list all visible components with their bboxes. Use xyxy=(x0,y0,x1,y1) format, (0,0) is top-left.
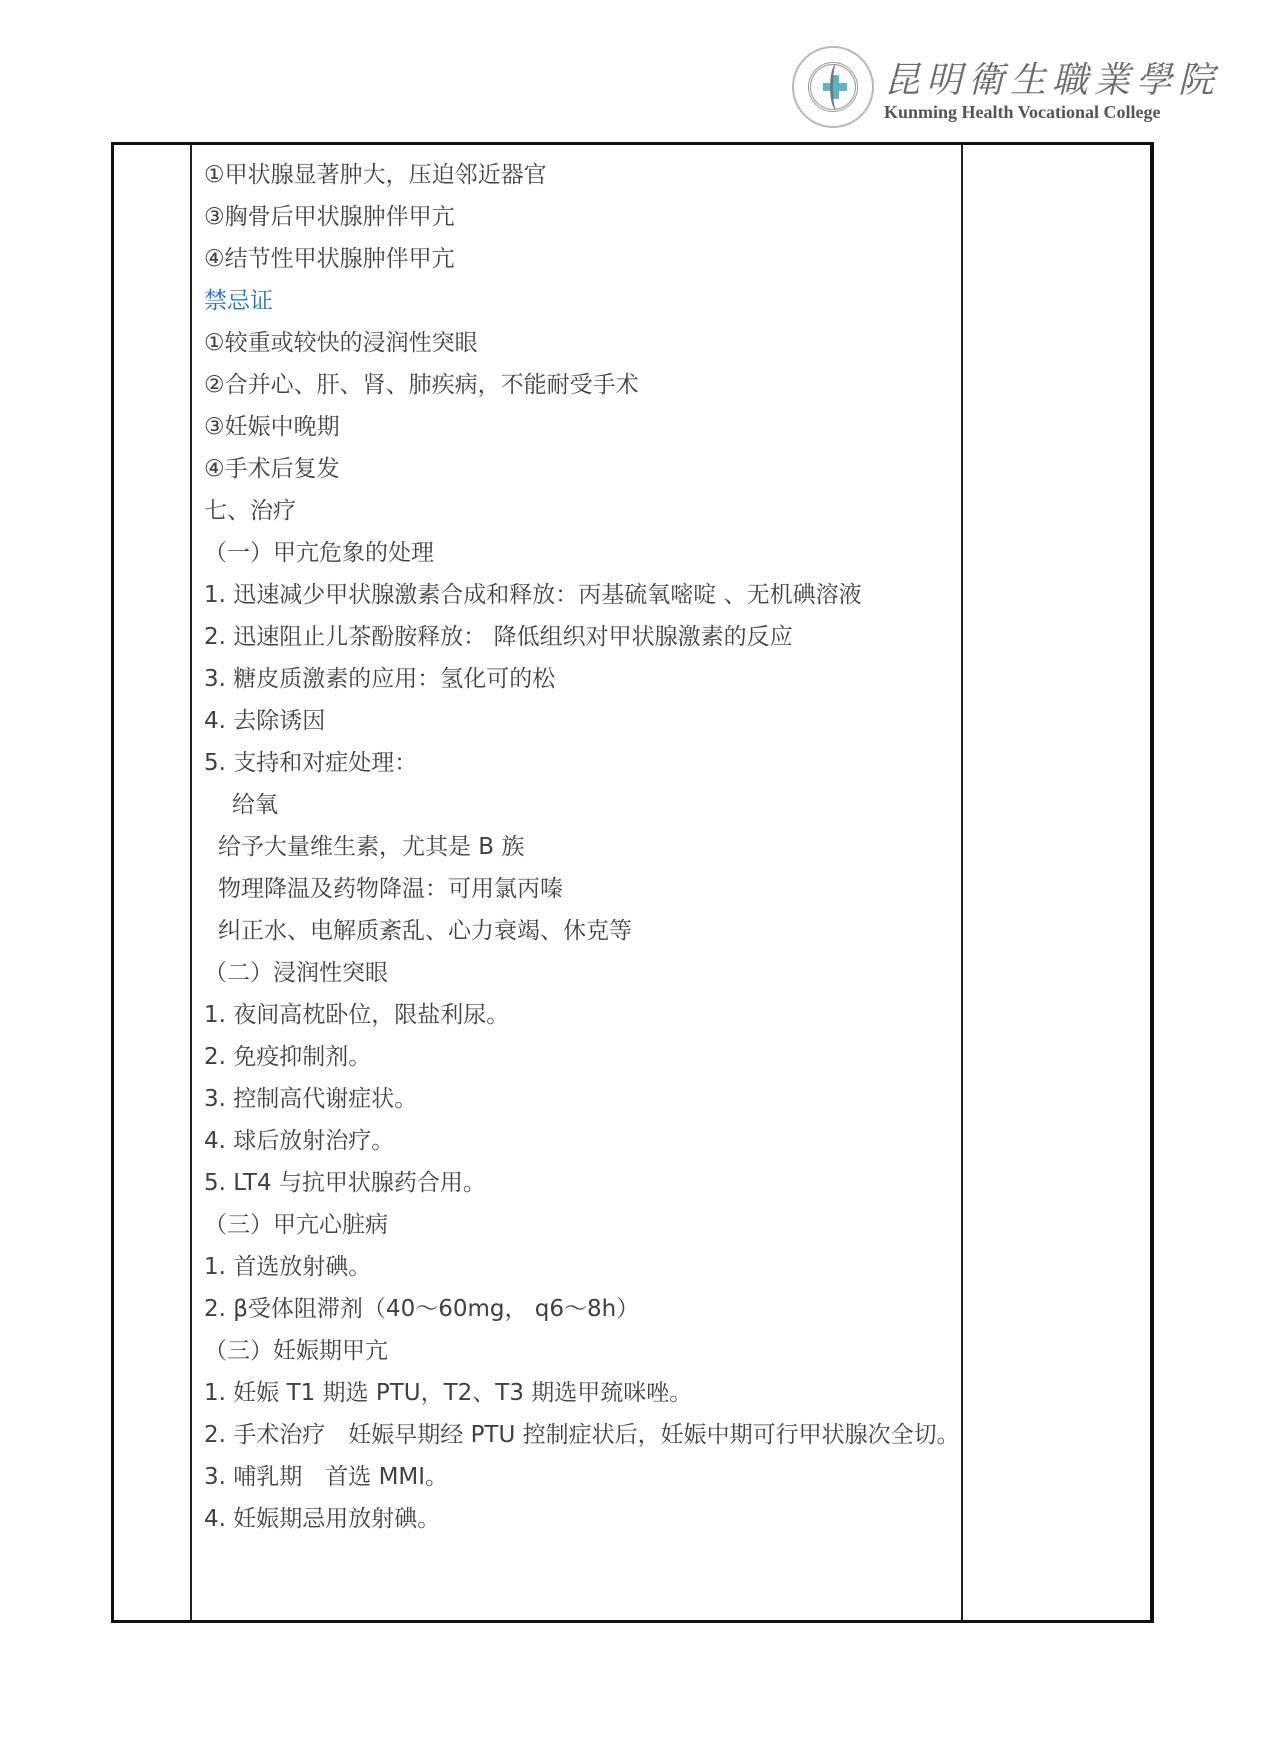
text-line: 给氧 xyxy=(204,784,964,826)
left-column-cell xyxy=(114,145,192,1620)
text-line: 5. 支持和对症处理： xyxy=(204,742,964,784)
text-line: 4. 妊娠期忌用放射碘。 xyxy=(204,1498,964,1540)
text-line: 1. 妊娠 T1 期选 PTU，T2、T3 期选甲巯咪唑。 xyxy=(204,1372,964,1414)
text-line: 5. LT4 与抗甲状腺药合用。 xyxy=(204,1162,964,1204)
text-line: 3. 糖皮质激素的应用：氢化可的松 xyxy=(204,658,964,700)
text-line: 4. 球后放射治疗。 xyxy=(204,1120,964,1162)
text-line: 4. 去除诱因 xyxy=(204,700,964,742)
college-name-en: Kunming Health Vocational College xyxy=(884,102,1161,123)
text-line: 2. 免疫抑制剂。 xyxy=(204,1036,964,1078)
text-line: 2. 手术治疗 妊娠早期经 PTU 控制症状后，妊娠中期可行甲状腺次全切。 xyxy=(204,1414,964,1456)
text-line: 给予大量维生素，尤其是 B 族 xyxy=(204,826,964,868)
text-line: ④结节性甲状腺肿伴甲亢 xyxy=(204,238,964,280)
text-line: （二）浸润性突眼 xyxy=(204,952,964,994)
text-line: （三）妊娠期甲亢 xyxy=(204,1330,964,1372)
right-column-cell xyxy=(961,145,1152,1620)
text-line: （三）甲亢心脏病 xyxy=(204,1204,964,1246)
lesson-plan-table: ①甲状腺显著肿大，压迫邻近器官③胸骨后甲状腺肿伴甲亢④结节性甲状腺肿伴甲亢禁忌证… xyxy=(111,142,1154,1623)
text-line: ③妊娠中晚期 xyxy=(204,406,964,448)
content-cell: ①甲状腺显著肿大，压迫邻近器官③胸骨后甲状腺肿伴甲亢④结节性甲状腺肿伴甲亢禁忌证… xyxy=(204,154,964,1540)
text-line: 1. 首选放射碘。 xyxy=(204,1246,964,1288)
text-line: （一）甲亢危象的处理 xyxy=(204,532,964,574)
text-line: 1. 夜间高枕卧位，限盐利尿。 xyxy=(204,994,964,1036)
text-line: ④手术后复发 xyxy=(204,448,964,490)
text-line: 物理降温及药物降温：可用氯丙嗪 xyxy=(204,868,964,910)
text-line: 2. β受体阻滞剂（40～60mg， q6～8h） xyxy=(204,1288,964,1330)
text-line: 纠正水、电解质紊乱、心力衰竭、休克等 xyxy=(204,910,964,952)
text-line: 3. 哺乳期 首选 MMI。 xyxy=(204,1456,964,1498)
text-line: 七、治疗 xyxy=(204,490,964,532)
text-line: ③胸骨后甲状腺肿伴甲亢 xyxy=(204,196,964,238)
text-line: ①较重或较快的浸润性突眼 xyxy=(204,322,964,364)
section-heading: 禁忌证 xyxy=(204,280,964,322)
text-line: ①甲状腺显著肿大，压迫邻近器官 xyxy=(204,154,964,196)
text-line: 3. 控制高代谢症状。 xyxy=(204,1078,964,1120)
college-logo: 昆明衛生職業學院 Kunming Health Vocational Colle… xyxy=(788,46,1178,136)
text-line: 1. 迅速减少甲状腺激素合成和释放：丙基硫氧嘧啶 、无机碘溶液 xyxy=(204,574,964,616)
college-emblem-icon xyxy=(792,46,874,128)
text-line: ②合并心、肝、肾、肺疾病，不能耐受手术 xyxy=(204,364,964,406)
text-line: 2. 迅速阻止儿茶酚胺释放： 降低组织对甲状腺激素的反应 xyxy=(204,616,964,658)
college-name-cn: 昆明衛生職業學院 xyxy=(884,52,1220,103)
